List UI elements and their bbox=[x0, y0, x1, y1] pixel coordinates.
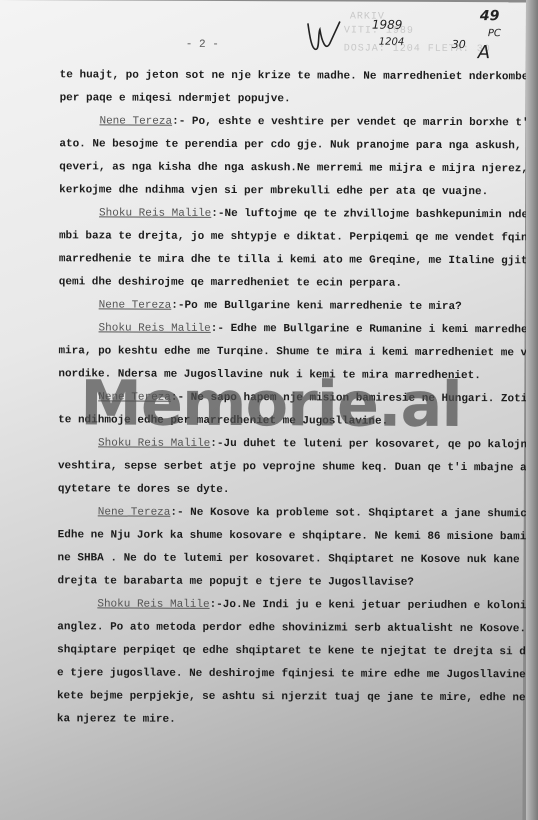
line-text: :-Po me Bullgarine keni marredhenie te m… bbox=[171, 300, 462, 313]
document-page: - 2 - ARKIV VITI: 1989 DOSJA: 1204 FLETA… bbox=[0, 0, 526, 820]
line-text: veshtira, sepse serbet atje po veprojne … bbox=[58, 460, 538, 474]
line-text: shqiptare perpiqet qe edhe shqiptaret te… bbox=[57, 644, 538, 658]
line-text: :- Ne Kosove ka probleme sot. Shqiptaret… bbox=[170, 507, 538, 521]
line-text: Edhe ne Nju Jork ka shume kosovare e shq… bbox=[58, 529, 538, 543]
text-line: Shoku Reis Malile:-Ne luftojme qe te zhv… bbox=[59, 202, 509, 227]
handwritten-dosja: 1204 bbox=[379, 37, 405, 48]
text-line: te huajt, po jeton sot ne nje krize te m… bbox=[60, 64, 510, 89]
line-text: te huajt, po jeton sot ne nje krize te m… bbox=[60, 69, 538, 83]
line-text: :- Po, eshte e veshtire per vendet qe ma… bbox=[172, 116, 538, 130]
text-line: Shoku Reis Malile:-Jo.Ne Indi ju e keni … bbox=[57, 593, 507, 618]
text-line: Nene Tereza:-Po me Bullgarine keni marre… bbox=[59, 294, 509, 319]
text-line: ato. Ne besojme te perendia per cdo gje.… bbox=[59, 133, 509, 158]
speaker-name: Nene Tereza bbox=[99, 299, 172, 311]
archive-stamp: ARKIV VITI: 1989 DOSJA: 1204 FLETA: 30 bbox=[330, 11, 500, 57]
text-line: Edhe ne Nju Jork ka shume kosovare e shq… bbox=[58, 524, 508, 549]
text-line: drejta te barabarta me popujt e tjere te… bbox=[57, 570, 507, 595]
handwritten-corner-number: 49 bbox=[480, 8, 500, 24]
line-text: qemi dhe deshirojme qe marredheniet te e… bbox=[59, 276, 402, 289]
line-text: mbi baza te drejta, jo me shtypje e dikt… bbox=[59, 230, 538, 244]
speaker-name: Shoku Reis Malile bbox=[99, 322, 211, 334]
handwritten-corner-letter: A bbox=[478, 42, 490, 63]
handwritten-corner-note: PC bbox=[488, 28, 501, 39]
text-line: anglez. Po ato metoda perdor edhe shovin… bbox=[57, 616, 507, 641]
text-line: ka njerez te mire. bbox=[57, 708, 507, 733]
text-line: mira, po keshtu edhe me Turqine. Shume t… bbox=[58, 340, 508, 365]
text-line: Shoku Reis Malile:- Edhe me Bullgarine e… bbox=[59, 317, 509, 342]
speaker-name: Nene Tereza bbox=[99, 115, 172, 127]
dialogue-paragraph: Nene Tereza:- Ne Kosove ka probleme sot.… bbox=[57, 501, 507, 595]
text-line: per paqe e miqesi ndermjet popujve. bbox=[60, 87, 510, 112]
line-text: anglez. Po ato metoda perdor edhe shovin… bbox=[57, 621, 538, 635]
line-text: marredhenie te mira dhe te tilla i kemi … bbox=[59, 253, 538, 267]
speaker-name: Shoku Reis Malile bbox=[97, 598, 209, 610]
page-number: - 2 - bbox=[186, 39, 219, 51]
line-text: ka njerez te mire. bbox=[57, 713, 176, 726]
watermark: Memorie.al bbox=[80, 372, 462, 436]
dialogue-paragraph: Nene Tereza:- Po, eshte e veshtire per v… bbox=[59, 110, 509, 204]
text-line: qemi dhe deshirojme qe marredheniet te e… bbox=[59, 271, 509, 296]
page-edge bbox=[526, 0, 538, 820]
dialogue-paragraph: Shoku Reis Malile:-Jo.Ne Indi ju e keni … bbox=[57, 593, 508, 733]
line-text: kete bejme perpjekje, se ashtu si njerzi… bbox=[57, 690, 538, 704]
line-text: :-Jo.Ne Indi ju e keni jetuar periudhen … bbox=[210, 599, 538, 612]
line-text: kerkojme dhe ndihma vjen si per mbrekull… bbox=[59, 184, 488, 198]
line-text: per paqe e miqesi ndermjet popujve. bbox=[60, 92, 291, 105]
text-line: kete bejme perpjekje, se ashtu si njerzi… bbox=[57, 685, 507, 710]
line-text: :- Edhe me Bullgarine e Rumanine i kemi … bbox=[211, 323, 538, 337]
line-text: mira, po keshtu edhe me Turqine. Shume t… bbox=[58, 345, 538, 359]
line-text: ato. Ne besojme te perendia per cdo gje.… bbox=[59, 138, 538, 152]
line-text: e tjere jugosllave. Ne deshirojme fqinje… bbox=[57, 667, 538, 681]
text-line: veshtira, sepse serbet atje po veprojne … bbox=[58, 455, 508, 480]
continuation-paragraph: te huajt, po jeton sot ne nje krize te m… bbox=[60, 64, 510, 112]
text-line: shqiptare perpiqet qe edhe shqiptaret te… bbox=[57, 639, 507, 664]
dialogue-paragraph: Nene Tereza:-Po me Bullgarine keni marre… bbox=[59, 294, 509, 319]
line-text: :-Ne luftojme qe te zhvillojme bashkepun… bbox=[211, 208, 538, 222]
speaker-name: Nene Tereza bbox=[98, 506, 171, 518]
text-line: e tjere jugosllave. Ne deshirojme fqinje… bbox=[57, 662, 507, 687]
speaker-name: Shoku Reis Malile bbox=[99, 207, 211, 219]
text-line: marredhenie te mira dhe te tilla i kemi … bbox=[59, 248, 509, 273]
line-text: qeveri, as nga kisha dhe nga askush.Ne m… bbox=[59, 161, 538, 175]
dialogue-paragraph: Shoku Reis Malile:-Ne luftojme qe te zhv… bbox=[59, 202, 509, 296]
text-line: qytetare te dores se dyte. bbox=[58, 478, 508, 503]
text-line: mbi baza te drejta, jo me shtypje e dikt… bbox=[59, 225, 509, 250]
dialogue-paragraph: Shoku Reis Malile:-Ju duhet te luteni pe… bbox=[58, 432, 508, 503]
line-text: drejta te barabarta me popujt e tjere te… bbox=[57, 575, 414, 589]
line-text: ne SHBA . Ne do te lutemi per kosovaret.… bbox=[58, 552, 538, 566]
text-line: Nene Tereza:- Po, eshte e veshtire per v… bbox=[59, 110, 509, 135]
stamp-line-3: DOSJA: 1204 FLETA: 30 bbox=[344, 44, 491, 56]
handwritten-year: 1989 bbox=[372, 18, 403, 32]
handwritten-fleta: 30 bbox=[452, 38, 466, 51]
text-line: qeveri, as nga kisha dhe nga askush.Ne m… bbox=[59, 156, 509, 181]
text-line: Nene Tereza:- Ne Kosove ka probleme sot.… bbox=[58, 501, 508, 526]
signature-icon bbox=[304, 19, 344, 53]
text-line: ne SHBA . Ne do te lutemi per kosovaret.… bbox=[58, 547, 508, 572]
text-line: kerkojme dhe ndihma vjen si per mbrekull… bbox=[59, 179, 509, 204]
line-text: qytetare te dores se dyte. bbox=[58, 483, 230, 496]
